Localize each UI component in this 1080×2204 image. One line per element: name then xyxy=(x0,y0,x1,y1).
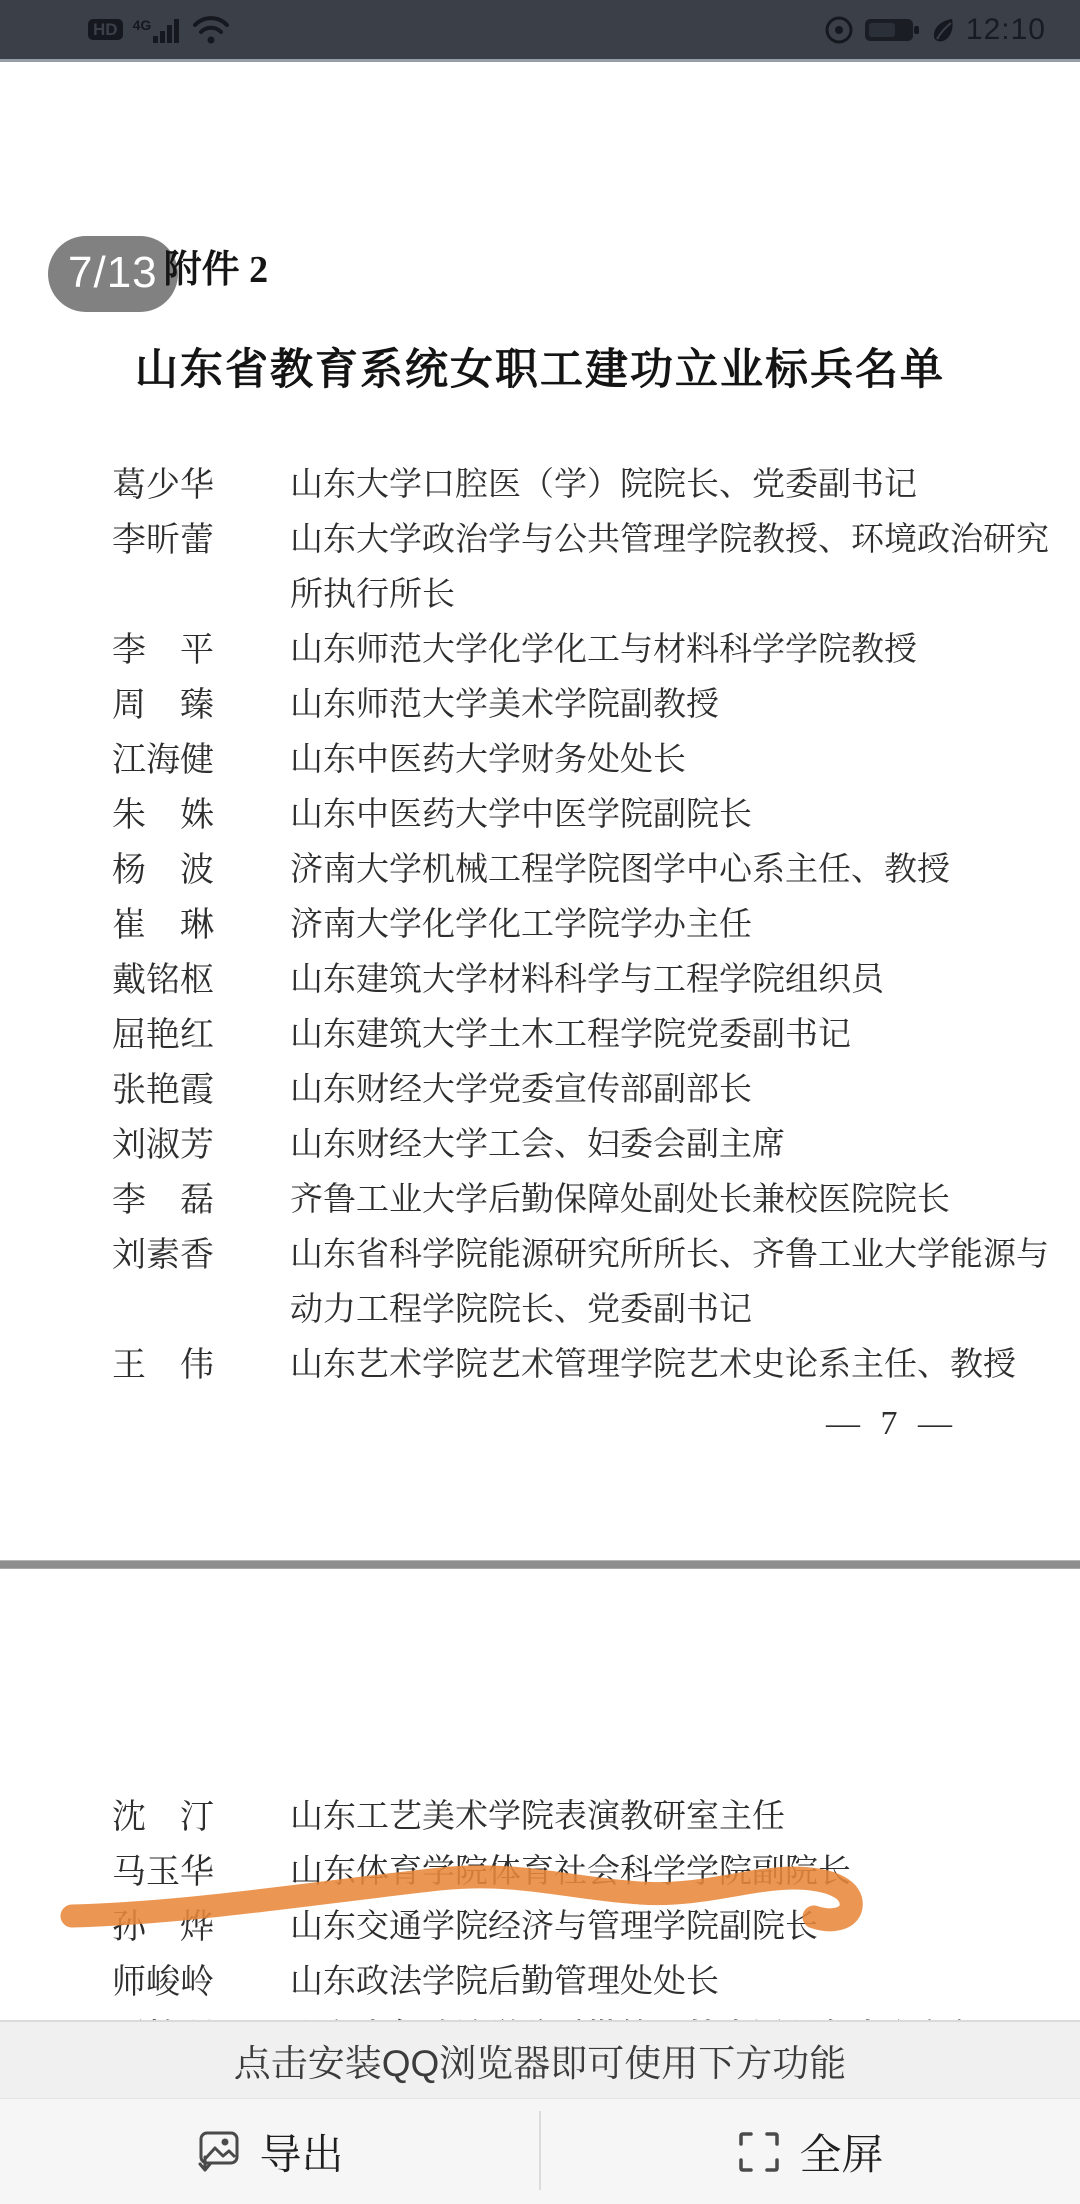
person-position: 山东建筑大学材料科学与工程学院组织员 xyxy=(290,953,1050,1008)
page-number: — 7 — xyxy=(826,1405,958,1443)
person-name: 朱 姝 xyxy=(112,788,252,843)
table-row: 朱 姝 山东中医药大学中医学院副院长 xyxy=(112,788,1052,843)
person-position: 山东财经大学工会、妇委会副主席 xyxy=(290,1118,1050,1173)
person-position: 山东省科学院能源研究所所长、齐鲁工业大学能源与动力工程学院院长、党委副书记 xyxy=(290,1228,1050,1338)
person-position: 山东艺术学院艺术管理学院艺术史论系主任、教授 xyxy=(290,1338,1050,1393)
status-bar-right: 12:10 xyxy=(824,13,1046,47)
table-row: 张艳霞 山东财经大学党委宣传部副部长 xyxy=(112,1063,1052,1118)
table-row: 李 磊 齐鲁工业大学后勤保障处副处长兼校医院院长 xyxy=(112,1173,1052,1228)
person-position: 山东师范大学美术学院副教授 xyxy=(290,678,1050,733)
install-banner-text[interactable]: 点击安装QQ浏览器即可使用下方功能 xyxy=(234,2033,847,2087)
person-position: 齐鲁工业大学后勤保障处副处长兼校医院院长 xyxy=(290,1173,1050,1228)
export-button[interactable]: 导出 xyxy=(0,2099,539,2204)
person-position: 山东政法学院后勤管理处处长 xyxy=(290,1955,1050,2010)
table-row: 李 平 山东师范大学化学化工与材料科学学院教授 xyxy=(112,623,1052,678)
person-name: 葛少华 xyxy=(112,458,252,513)
table-row: 孙 烨 山东交通学院经济与管理学院副院长 xyxy=(112,1900,1052,1955)
phone-screen: HD 4G xyxy=(0,0,1080,2204)
table-row: 屈艳红 山东建筑大学土木工程学院党委副书记 xyxy=(112,1008,1052,1063)
person-name: 屈艳红 xyxy=(112,1008,252,1063)
fullscreen-button[interactable]: 全屏 xyxy=(541,2099,1080,2204)
person-name: 江海健 xyxy=(112,733,252,788)
person-name: 刘淑芳 xyxy=(112,1118,252,1173)
battery-icon xyxy=(864,16,920,44)
wifi-icon xyxy=(193,16,229,44)
person-name: 王 伟 xyxy=(112,1338,252,1393)
person-name: 崔 琳 xyxy=(112,898,252,953)
hd-icon: HD xyxy=(88,19,123,40)
page-indicator-row: 7/13 附件 2 xyxy=(48,236,268,312)
table-row: 王 伟 山东艺术学院艺术管理学院艺术史论系主任、教授 xyxy=(112,1338,1052,1393)
status-time: 12:10 xyxy=(966,13,1046,47)
person-position: 山东交通学院经济与管理学院副院长 xyxy=(290,1900,1050,1955)
person-position: 济南大学机械工程学院图学中心系主任、教授 xyxy=(290,843,1050,898)
person-position: 山东中医药大学财务处处长 xyxy=(290,733,1050,788)
person-position: 山东师范大学化学化工与材料科学学院教授 xyxy=(290,623,1050,678)
person-name: 马玉华 xyxy=(112,1845,252,1900)
person-name: 杨 波 xyxy=(112,843,252,898)
table-row: 崔 琳 济南大学化学化工学院学办主任 xyxy=(112,898,1052,953)
person-name: 孙 烨 xyxy=(112,1900,252,1955)
person-name: 刘素香 xyxy=(112,1228,252,1283)
person-position: 山东财经大学党委宣传部副部长 xyxy=(290,1063,1050,1118)
person-name: 师峻岭 xyxy=(112,1955,252,2010)
person-name: 张艳霞 xyxy=(112,1063,252,1118)
document-title: 山东省教育系统女职工建功立业标兵名单 xyxy=(0,336,1080,397)
signal-bars-glyph xyxy=(153,17,183,43)
person-name: 李 磊 xyxy=(112,1173,252,1228)
export-image-icon xyxy=(195,2129,241,2175)
fullscreen-icon xyxy=(737,2130,781,2174)
table-row: 刘素香 山东省科学院能源研究所所长、齐鲁工业大学能源与动力工程学院院长、党委副书… xyxy=(112,1228,1052,1338)
table-row: 刘淑芳 山东财经大学工会、妇委会副主席 xyxy=(112,1118,1052,1173)
person-position: 济南大学化学化工学院学办主任 xyxy=(290,898,1050,953)
page-indicator-badge: 7/13 xyxy=(48,236,178,312)
table-row: 沈 汀 山东工艺美术学院表演教研室主任 xyxy=(112,1790,1052,1845)
person-name: 戴铭枢 xyxy=(112,953,252,1008)
person-position: 山东中医药大学中医学院副院长 xyxy=(290,788,1050,843)
person-position: 山东体育学院体育社会科学学院副院长 xyxy=(290,1845,1050,1900)
person-position: 山东大学口腔医（学）院院长、党委副书记 xyxy=(290,458,1050,513)
install-banner[interactable]: 点击安装QQ浏览器即可使用下方功能 xyxy=(0,2020,1080,2098)
person-name: 李昕蕾 xyxy=(112,513,252,568)
bottom-toolbar: 导出 全屏 xyxy=(0,2098,1080,2204)
table-row: 杨 波 济南大学机械工程学院图学中心系主任、教授 xyxy=(112,843,1052,898)
eye-comfort-icon xyxy=(824,15,854,45)
table-row: 葛少华 山东大学口腔医（学）院院长、党委副书记 xyxy=(112,458,1052,513)
person-name: 周 臻 xyxy=(112,678,252,733)
attachment-label: 附件 2 xyxy=(164,238,269,293)
network-type-label: 4G xyxy=(133,17,152,33)
status-bar: HD 4G xyxy=(0,0,1080,62)
name-list-page-1: 葛少华 山东大学口腔医（学）院院长、党委副书记 李昕蕾 山东大学政治学与公共管理… xyxy=(112,458,1052,1393)
person-position: 山东建筑大学土木工程学院党委副书记 xyxy=(290,1008,1050,1063)
person-name: 李 平 xyxy=(112,623,252,678)
person-position: 山东大学政治学与公共管理学院教授、环境政治研究所执行所长 xyxy=(290,513,1050,623)
export-button-label: 导出 xyxy=(259,2122,343,2182)
table-row: 李昕蕾 山东大学政治学与公共管理学院教授、环境政治研究所执行所长 xyxy=(112,513,1052,623)
table-row: 江海健 山东中医药大学财务处处长 xyxy=(112,733,1052,788)
person-position: 山东工艺美术学院表演教研室主任 xyxy=(290,1790,1050,1845)
status-bar-left: HD 4G xyxy=(88,16,229,44)
table-row: 马玉华 山东体育学院体育社会科学学院副院长 xyxy=(112,1845,1052,1900)
page-divider xyxy=(0,1560,1080,1569)
table-row: 戴铭枢 山东建筑大学材料科学与工程学院组织员 xyxy=(112,953,1052,1008)
table-row: 师峻岭 山东政法学院后勤管理处处长 xyxy=(112,1955,1052,2010)
signal-bars-icon: 4G xyxy=(133,17,184,43)
table-row: 周 臻 山东师范大学美术学院副教授 xyxy=(112,678,1052,733)
power-saving-icon xyxy=(930,16,956,44)
person-name: 沈 汀 xyxy=(112,1790,252,1845)
fullscreen-button-label: 全屏 xyxy=(799,2122,883,2182)
